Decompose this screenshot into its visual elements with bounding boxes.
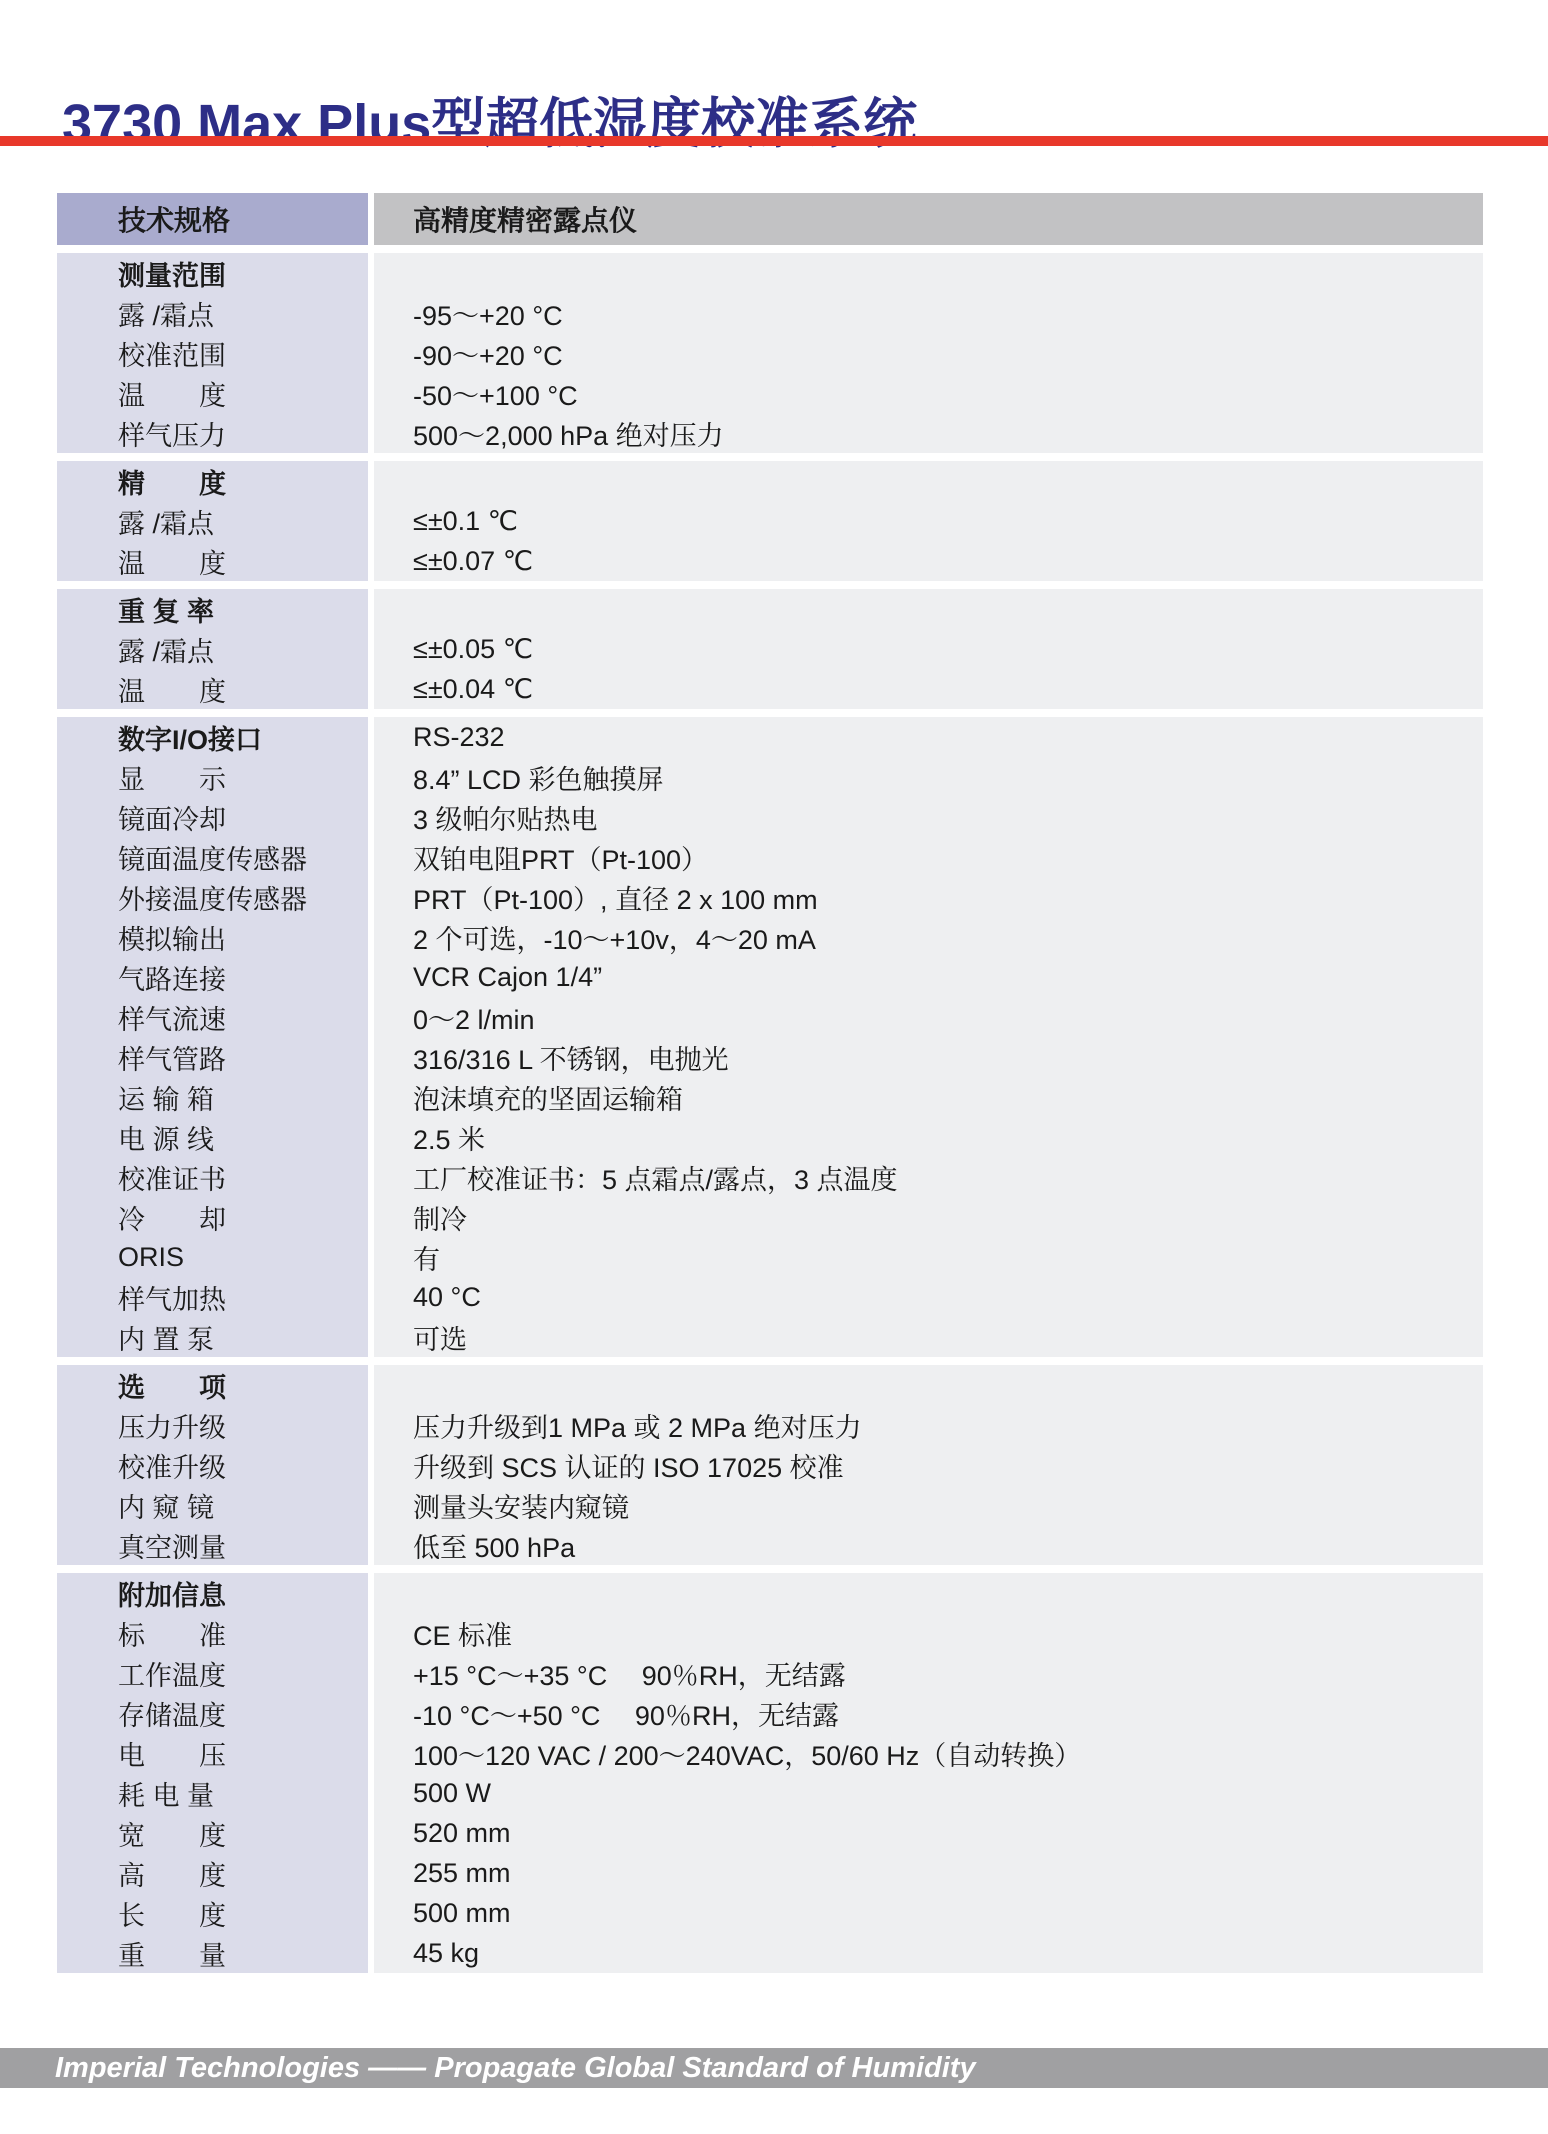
spec-label-cell: 露 /霜点	[57, 501, 368, 541]
table-row: 存储温度-10 °C～+50 °C 90％RH，无结露	[57, 1693, 1483, 1733]
table-row: 内 置 泵可选	[57, 1317, 1483, 1357]
spec-label-cell: 工作温度	[57, 1653, 368, 1693]
table-row: 精 度	[57, 461, 1483, 501]
table-row: 长 度500 mm	[57, 1893, 1483, 1933]
spec-value-cell	[374, 253, 1483, 293]
table-row: 校准证书工厂校准证书：5 点霜点/露点，3 点温度	[57, 1157, 1483, 1197]
spec-value-cell: -95～+20 °C	[374, 293, 1483, 333]
spec-label-cell: 内 置 泵	[57, 1317, 368, 1357]
table-row: 内 窥 镜测量头安装内窥镜	[57, 1485, 1483, 1525]
table-row: 镜面冷却3 级帕尔贴热电	[57, 797, 1483, 837]
datasheet-page: { "colors": { "title_blue": "#2D2E87", "…	[0, 0, 1548, 2134]
spec-label-cell: 选 项	[57, 1365, 368, 1405]
spec-label-cell: 样气流速	[57, 997, 368, 1037]
spec-value-cell: 8.4” LCD 彩色触摸屏	[374, 757, 1483, 797]
table-row: 数字I/O接口RS-232	[57, 717, 1483, 757]
spec-section: 重 复 率露 /霜点≤±0.05 ℃温 度≤±0.04 ℃	[57, 589, 1483, 709]
table-row: 附加信息	[57, 1573, 1483, 1613]
table-row: 镜面温度传感器双铂电阻PRT（Pt-100）	[57, 837, 1483, 877]
spec-label-cell: 重 复 率	[57, 589, 368, 629]
spec-value-cell: -90～+20 °C	[374, 333, 1483, 373]
spec-label-cell: 压力升级	[57, 1405, 368, 1445]
table-row: 温 度-50～+100 °C	[57, 373, 1483, 413]
table-row: 压力升级压力升级到1 MPa 或 2 MPa 绝对压力	[57, 1405, 1483, 1445]
spec-label-cell: 温 度	[57, 669, 368, 709]
table-row: 校准升级升级到 SCS 认证的 ISO 17025 校准	[57, 1445, 1483, 1485]
spec-label-cell: 真空测量	[57, 1525, 368, 1565]
table-row: 气路连接VCR Cajon 1/4”	[57, 957, 1483, 997]
spec-label-cell: 气路连接	[57, 957, 368, 997]
spec-value-cell: +15 °C～+35 °C 90％RH，无结露	[374, 1653, 1483, 1693]
table-row: 露 /霜点-95～+20 °C	[57, 293, 1483, 333]
page-title: 3730 Max Plus型超低湿度校准系统	[62, 92, 917, 157]
table-row: ORIS有	[57, 1237, 1483, 1277]
footer-tagline: Imperial Technologies —— Propagate Globa…	[0, 2052, 976, 2085]
spec-value-cell: -10 °C～+50 °C 90％RH，无结露	[374, 1693, 1483, 1733]
table-row: 样气压力500～2,000 hPa 绝对压力	[57, 413, 1483, 453]
spec-value-cell: 泡沫填充的坚固运输箱	[374, 1077, 1483, 1117]
table-row: 显 示8.4” LCD 彩色触摸屏	[57, 757, 1483, 797]
spec-section: 数字I/O接口RS-232显 示8.4” LCD 彩色触摸屏镜面冷却3 级帕尔贴…	[57, 717, 1483, 1357]
table-row: 选 项	[57, 1365, 1483, 1405]
spec-label-cell: ORIS	[57, 1237, 368, 1277]
table-row: 温 度≤±0.07 ℃	[57, 541, 1483, 581]
spec-label-cell: 显 示	[57, 757, 368, 797]
spec-value-cell: 低至 500 hPa	[374, 1525, 1483, 1565]
spec-value-cell: PRT（Pt-100）, 直径 2 x 100 mm	[374, 877, 1483, 917]
spec-label-cell: 标 准	[57, 1613, 368, 1653]
spec-section: 精 度露 /霜点≤±0.1 ℃温 度≤±0.07 ℃	[57, 461, 1483, 581]
spec-value-cell: 有	[374, 1237, 1483, 1277]
spec-value-cell	[374, 1365, 1483, 1405]
spec-label-cell: 重 量	[57, 1933, 368, 1973]
spec-table-header-row: 技术规格 高精度精密露点仪	[57, 193, 1483, 245]
spec-label-cell: 样气管路	[57, 1037, 368, 1077]
table-row: 样气流速0～2 l/min	[57, 997, 1483, 1037]
spec-value-cell: 2 个可选，-10～+10v，4～20 mA	[374, 917, 1483, 957]
spec-value-cell: 可选	[374, 1317, 1483, 1357]
table-row: 校准范围-90～+20 °C	[57, 333, 1483, 373]
title-rule-divider	[0, 136, 1548, 146]
table-row: 标 准CE 标准	[57, 1613, 1483, 1653]
footer-bar: Imperial Technologies —— Propagate Globa…	[0, 2048, 1548, 2088]
spec-value-cell: 100～120 VAC / 200～240VAC，50/60 Hz（自动转换）	[374, 1733, 1483, 1773]
table-row: 真空测量低至 500 hPa	[57, 1525, 1483, 1565]
table-row: 重 复 率	[57, 589, 1483, 629]
spec-value-cell: 255 mm	[374, 1853, 1483, 1893]
spec-value-cell: ≤±0.04 ℃	[374, 669, 1483, 709]
spec-value-cell: 500 W	[374, 1773, 1483, 1813]
table-row: 运 输 箱泡沫填充的坚固运输箱	[57, 1077, 1483, 1117]
spec-value-cell	[374, 1573, 1483, 1613]
spec-label-cell: 校准升级	[57, 1445, 368, 1485]
table-row: 电 压100～120 VAC / 200～240VAC，50/60 Hz（自动转…	[57, 1733, 1483, 1773]
spec-label-cell: 附加信息	[57, 1573, 368, 1613]
spec-label-cell: 精 度	[57, 461, 368, 501]
spec-value-cell: ≤±0.07 ℃	[374, 541, 1483, 581]
spec-value-cell: 500～2,000 hPa 绝对压力	[374, 413, 1483, 453]
spec-value-cell: CE 标准	[374, 1613, 1483, 1653]
spec-label-cell: 长 度	[57, 1893, 368, 1933]
table-row: 样气加热40 °C	[57, 1277, 1483, 1317]
spec-label-cell: 露 /霜点	[57, 629, 368, 669]
spec-value-cell: 压力升级到1 MPa 或 2 MPa 绝对压力	[374, 1405, 1483, 1445]
spec-value-cell: 520 mm	[374, 1813, 1483, 1853]
table-row: 耗 电 量500 W	[57, 1773, 1483, 1813]
spec-value-cell: 500 mm	[374, 1893, 1483, 1933]
spec-value-cell: 双铂电阻PRT（Pt-100）	[374, 837, 1483, 877]
table-row: 工作温度+15 °C～+35 °C 90％RH，无结露	[57, 1653, 1483, 1693]
spec-value-cell: VCR Cajon 1/4”	[374, 957, 1483, 997]
spec-label-cell: 模拟输出	[57, 917, 368, 957]
spec-value-cell: 工厂校准证书：5 点霜点/露点，3 点温度	[374, 1157, 1483, 1197]
spec-value-cell	[374, 461, 1483, 501]
table-row: 测量范围	[57, 253, 1483, 293]
spec-value-cell: 3 级帕尔贴热电	[374, 797, 1483, 837]
table-row: 冷 却制冷	[57, 1197, 1483, 1237]
spec-label-cell: 高 度	[57, 1853, 368, 1893]
spec-label-cell: 冷 却	[57, 1197, 368, 1237]
spec-value-cell: 40 °C	[374, 1277, 1483, 1317]
table-row: 高 度255 mm	[57, 1853, 1483, 1893]
spec-label-cell: 内 窥 镜	[57, 1485, 368, 1525]
spec-value-cell: 2.5 米	[374, 1117, 1483, 1157]
spec-label-cell: 校准范围	[57, 333, 368, 373]
spec-table-header-specs: 技术规格	[57, 193, 368, 245]
spec-label-cell: 校准证书	[57, 1157, 368, 1197]
spec-table-header-product: 高精度精密露点仪	[374, 193, 1483, 245]
spec-label-cell: 测量范围	[57, 253, 368, 293]
spec-section: 测量范围露 /霜点-95～+20 °C校准范围-90～+20 °C温 度-50～…	[57, 253, 1483, 453]
spec-value-cell: 测量头安装内窥镜	[374, 1485, 1483, 1525]
spec-value-cell: 0～2 l/min	[374, 997, 1483, 1037]
table-row: 露 /霜点≤±0.05 ℃	[57, 629, 1483, 669]
spec-label-cell: 镜面温度传感器	[57, 837, 368, 877]
spec-label-cell: 耗 电 量	[57, 1773, 368, 1813]
table-row: 样气管路316/316 L 不锈钢，电抛光	[57, 1037, 1483, 1077]
spec-value-cell: ≤±0.1 ℃	[374, 501, 1483, 541]
spec-label-cell: 电 源 线	[57, 1117, 368, 1157]
spec-label-cell: 露 /霜点	[57, 293, 368, 333]
spec-value-cell	[374, 589, 1483, 629]
spec-label-cell: 温 度	[57, 373, 368, 413]
spec-label-cell: 镜面冷却	[57, 797, 368, 837]
table-row: 模拟输出2 个可选，-10～+10v，4～20 mA	[57, 917, 1483, 957]
spec-label-cell: 宽 度	[57, 1813, 368, 1853]
table-row: 露 /霜点≤±0.1 ℃	[57, 501, 1483, 541]
spec-table: 技术规格 高精度精密露点仪 测量范围露 /霜点-95～+20 °C校准范围-90…	[57, 193, 1483, 1973]
table-row: 重 量45 kg	[57, 1933, 1483, 1973]
spec-label-cell: 数字I/O接口	[57, 717, 368, 757]
spec-table-body: 测量范围露 /霜点-95～+20 °C校准范围-90～+20 °C温 度-50～…	[57, 253, 1483, 1973]
spec-label-cell: 外接温度传感器	[57, 877, 368, 917]
spec-section: 选 项压力升级压力升级到1 MPa 或 2 MPa 绝对压力校准升级升级到 SC…	[57, 1365, 1483, 1565]
spec-label-cell: 样气压力	[57, 413, 368, 453]
table-row: 温 度≤±0.04 ℃	[57, 669, 1483, 709]
spec-value-cell: 316/316 L 不锈钢，电抛光	[374, 1037, 1483, 1077]
spec-label-cell: 运 输 箱	[57, 1077, 368, 1117]
spec-value-cell: 45 kg	[374, 1933, 1483, 1973]
spec-value-cell: 制冷	[374, 1197, 1483, 1237]
table-row: 宽 度520 mm	[57, 1813, 1483, 1853]
spec-section: 附加信息标 准CE 标准工作温度+15 °C～+35 °C 90％RH，无结露存…	[57, 1573, 1483, 1973]
spec-label-cell: 样气加热	[57, 1277, 368, 1317]
spec-value-cell: -50～+100 °C	[374, 373, 1483, 413]
table-row: 电 源 线2.5 米	[57, 1117, 1483, 1157]
spec-value-cell: ≤±0.05 ℃	[374, 629, 1483, 669]
spec-label-cell: 温 度	[57, 541, 368, 581]
spec-value-cell: RS-232	[374, 717, 1483, 757]
spec-label-cell: 存储温度	[57, 1693, 368, 1733]
spec-label-cell: 电 压	[57, 1733, 368, 1773]
table-row: 外接温度传感器PRT（Pt-100）, 直径 2 x 100 mm	[57, 877, 1483, 917]
spec-value-cell: 升级到 SCS 认证的 ISO 17025 校准	[374, 1445, 1483, 1485]
